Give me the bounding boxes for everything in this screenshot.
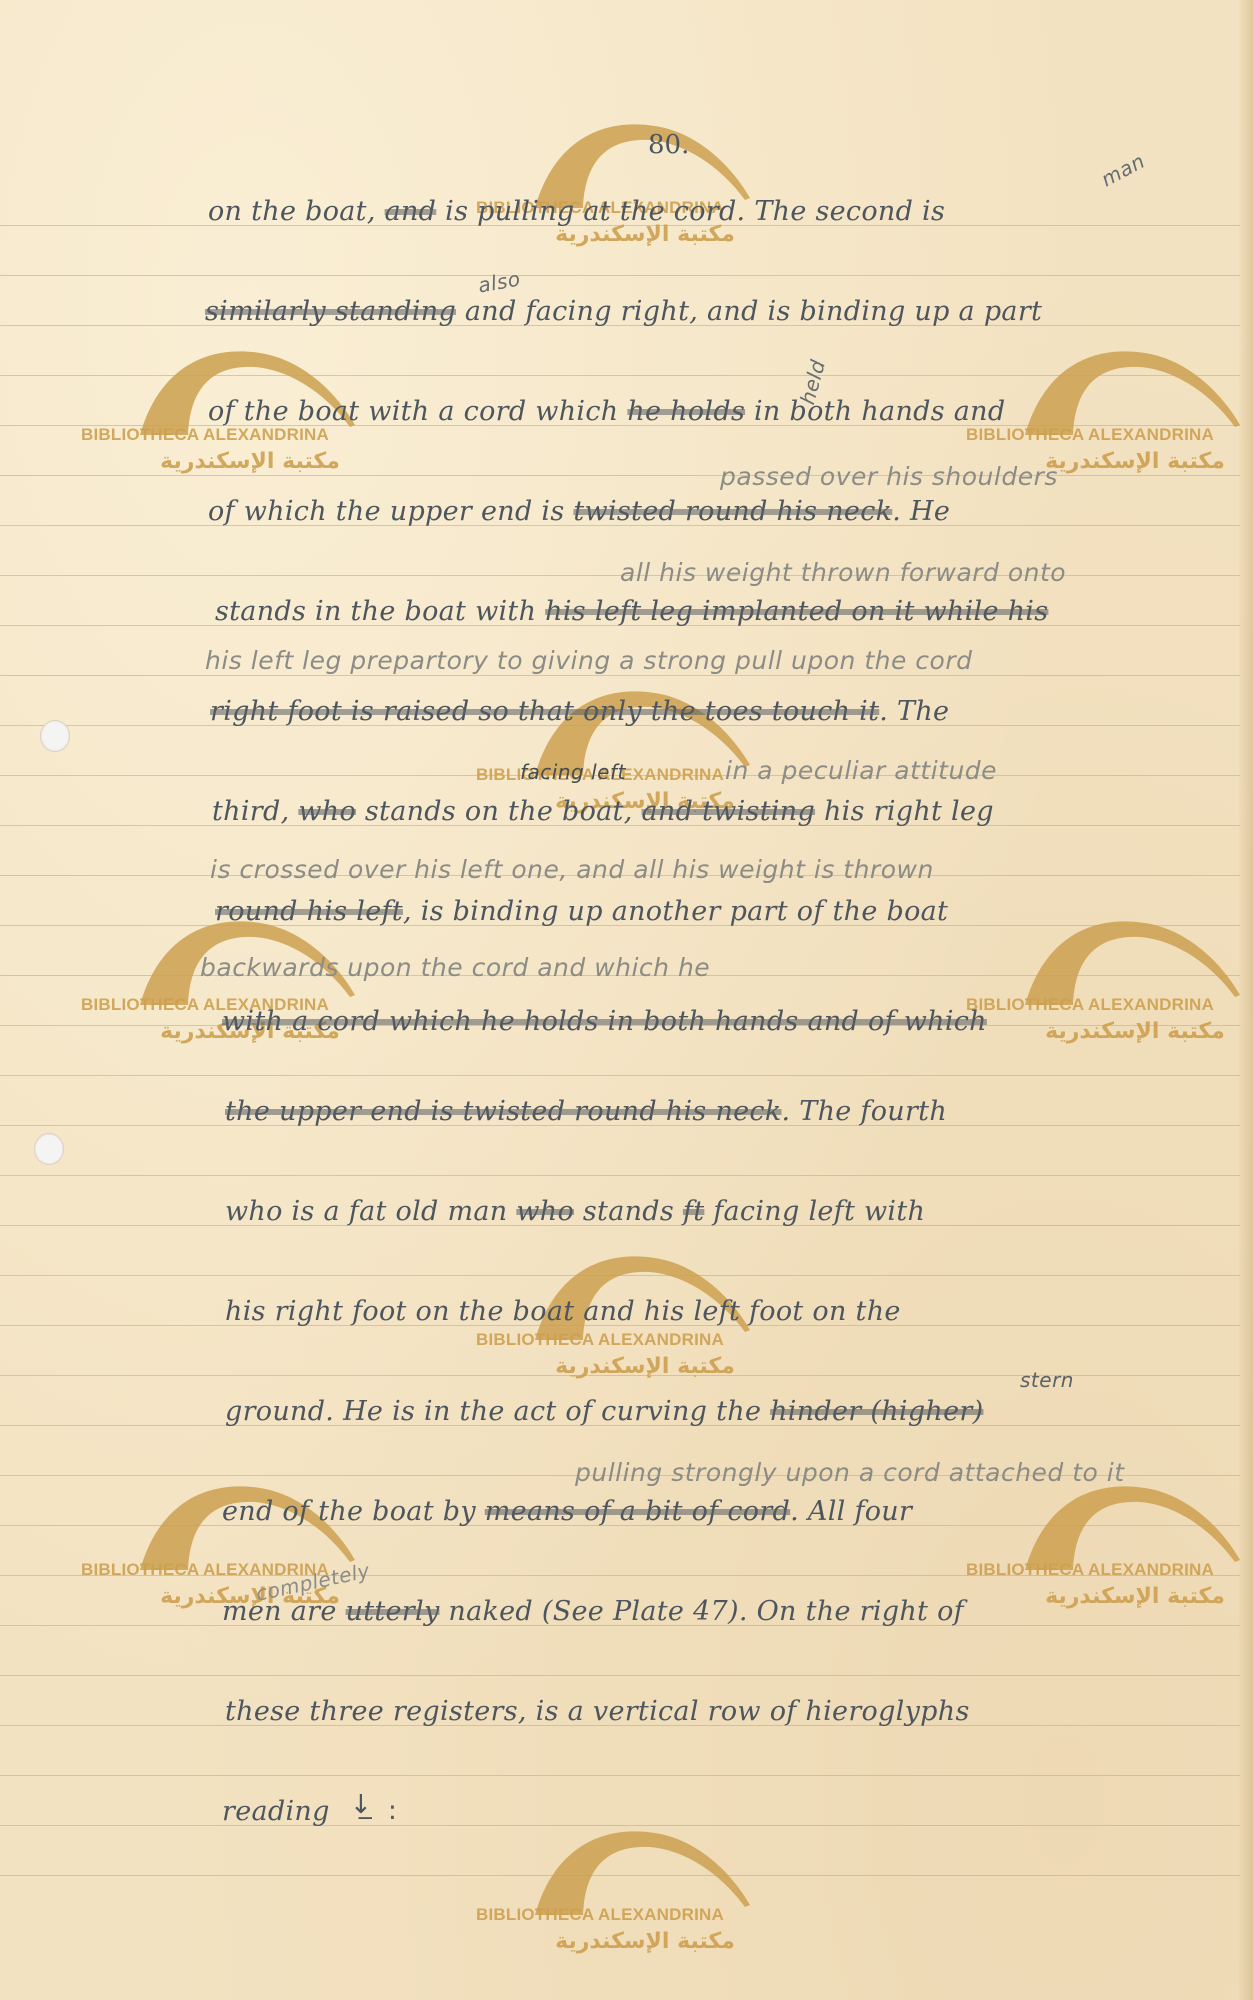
text-line: who is a fat old man who stands ft facin… (225, 1196, 925, 1227)
hieroglyph-sign: ↓̲ (350, 1790, 372, 1820)
ruled-line (0, 1175, 1240, 1176)
ruled-line (0, 675, 1240, 676)
ruled-line (0, 1775, 1240, 1776)
insertion-crossed-over: is crossed over his left one, and all hi… (210, 855, 934, 884)
struck-text: the upper end is twisted round his neck (225, 1096, 782, 1127)
arch-logo-icon (1005, 915, 1245, 1010)
text-line: stands in the boat with his left leg imp… (215, 596, 1048, 627)
watermark-english: BIBLIOTHECA ALEXANDRINA (945, 1560, 1235, 1580)
punch-hole (34, 1133, 64, 1165)
text-line: round his left, is binding up another pa… (215, 896, 948, 927)
manuscript-page: BIBLIOTHECA ALEXANDRINA مكتبة الإسكندرية… (0, 0, 1253, 2000)
ruled-line (0, 275, 1240, 276)
struck-text: right foot is raised so that only the to… (210, 696, 879, 727)
struck-text: round his left (215, 896, 403, 927)
paper-edge (1239, 0, 1253, 2000)
text-line: similarly standing and facing right, and… (205, 296, 1042, 327)
ruled-line (0, 1675, 1240, 1676)
watermark: BIBLIOTHECA ALEXANDRINA مكتبة الإسكندرية (945, 915, 1235, 1065)
struck-text: utterly (346, 1596, 440, 1627)
watermark: BIBLIOTHECA ALEXANDRINA مكتبة الإسكندرية (60, 915, 350, 1065)
struck-text: who (516, 1196, 574, 1227)
watermark-arabic: مكتبة الإسكندرية (1035, 1019, 1235, 1044)
text-line: of the boat with a cord which he holds i… (208, 396, 1005, 427)
ruled-line (0, 1075, 1240, 1076)
insertion-left-leg: his left leg prepartory to giving a stro… (205, 646, 973, 675)
insertion-passed-over: passed over his shoulders (720, 462, 1058, 491)
ruled-line (0, 1875, 1240, 1876)
insertion-all-weight: all his weight thrown forward onto (620, 558, 1066, 587)
struck-text: similarly standing (205, 296, 456, 327)
insertion-peculiar: in a peculiar attitude (725, 756, 997, 785)
watermark: BIBLIOTHECA ALEXANDRINA مكتبة الإسكندرية (945, 1480, 1235, 1630)
text-line: end of the boat by means of a bit of cor… (222, 1496, 912, 1527)
watermark-english: BIBLIOTHECA ALEXANDRINA (455, 1905, 745, 1925)
watermark: BIBLIOTHECA ALEXANDRINA مكتبة الإسكندرية (455, 118, 745, 268)
text-line: of which the upper end is twisted round … (208, 496, 950, 527)
insertion-stern: stern (1020, 1368, 1074, 1392)
struck-text: his left leg implanted on it while his (545, 596, 1048, 627)
text-line: the upper end is twisted round his neck.… (225, 1096, 947, 1127)
text-line: ground. He is in the act of curving the … (225, 1396, 983, 1427)
ruled-line (0, 1275, 1240, 1276)
watermark-english: BIBLIOTHECA ALEXANDRINA (945, 995, 1235, 1015)
text-line: with a cord which he holds in both hands… (222, 1006, 987, 1037)
text-line: these three registers, is a vertical row… (225, 1696, 970, 1727)
text-line: third, who stands on the boat, and twist… (212, 796, 994, 827)
arch-logo-icon (1005, 1480, 1245, 1575)
text-line: his right foot on the boat and his left … (225, 1296, 901, 1327)
struck-text: twisted round his neck (573, 496, 892, 527)
insertion-pulling: pulling strongly upon a cord attached to… (575, 1458, 1125, 1487)
struck-text: who (298, 796, 356, 827)
watermark-arabic: مكتبة الإسكندرية (150, 449, 350, 474)
insertion-facing-left: facing left (520, 760, 626, 784)
punch-hole (40, 720, 70, 752)
text-line: men are utterly naked (See Plate 47). On… (222, 1596, 964, 1627)
insertion-also: also (476, 266, 522, 297)
struck-text: means of a bit of cord (485, 1496, 790, 1527)
page-number: 80. (648, 130, 689, 160)
watermark-english: BIBLIOTHECA ALEXANDRINA (455, 1330, 745, 1350)
struck-text: and (385, 196, 437, 227)
arch-logo-icon (515, 1825, 755, 1920)
struck-text: hinder (higher) (770, 1396, 983, 1427)
watermark-english: BIBLIOTHECA ALEXANDRINA (60, 425, 350, 445)
arch-logo-icon (120, 1480, 360, 1575)
watermark-arabic: مكتبة الإسكندرية (1035, 449, 1235, 474)
struck-text: with a cord which he holds in both hands… (222, 1006, 987, 1037)
watermark-arabic: مكتبة الإسكندرية (1035, 1584, 1235, 1609)
text-line: on the boat, and is pulling at the cord.… (208, 196, 945, 227)
insertion-man: man (1097, 149, 1149, 192)
struck-text: ft (683, 1196, 704, 1227)
watermark-arabic: مكتبة الإسكندرية (545, 1929, 745, 1954)
insertion-backwards: backwards upon the cord and which he (200, 953, 710, 982)
text-line: reading (222, 1796, 330, 1827)
watermark: BIBLIOTHECA ALEXANDRINA مكتبة الإسكندرية (455, 1825, 745, 1975)
struck-text: and twisting (641, 796, 815, 827)
text-line: right foot is raised so that only the to… (210, 696, 949, 727)
ruled-line (0, 1825, 1240, 1826)
struck-text: he holds (627, 396, 745, 427)
ruled-line (0, 1575, 1240, 1576)
hieroglyph-colon: : (388, 1796, 397, 1826)
ruled-line (0, 375, 1240, 376)
watermark-english: BIBLIOTHECA ALEXANDRINA (945, 425, 1235, 445)
